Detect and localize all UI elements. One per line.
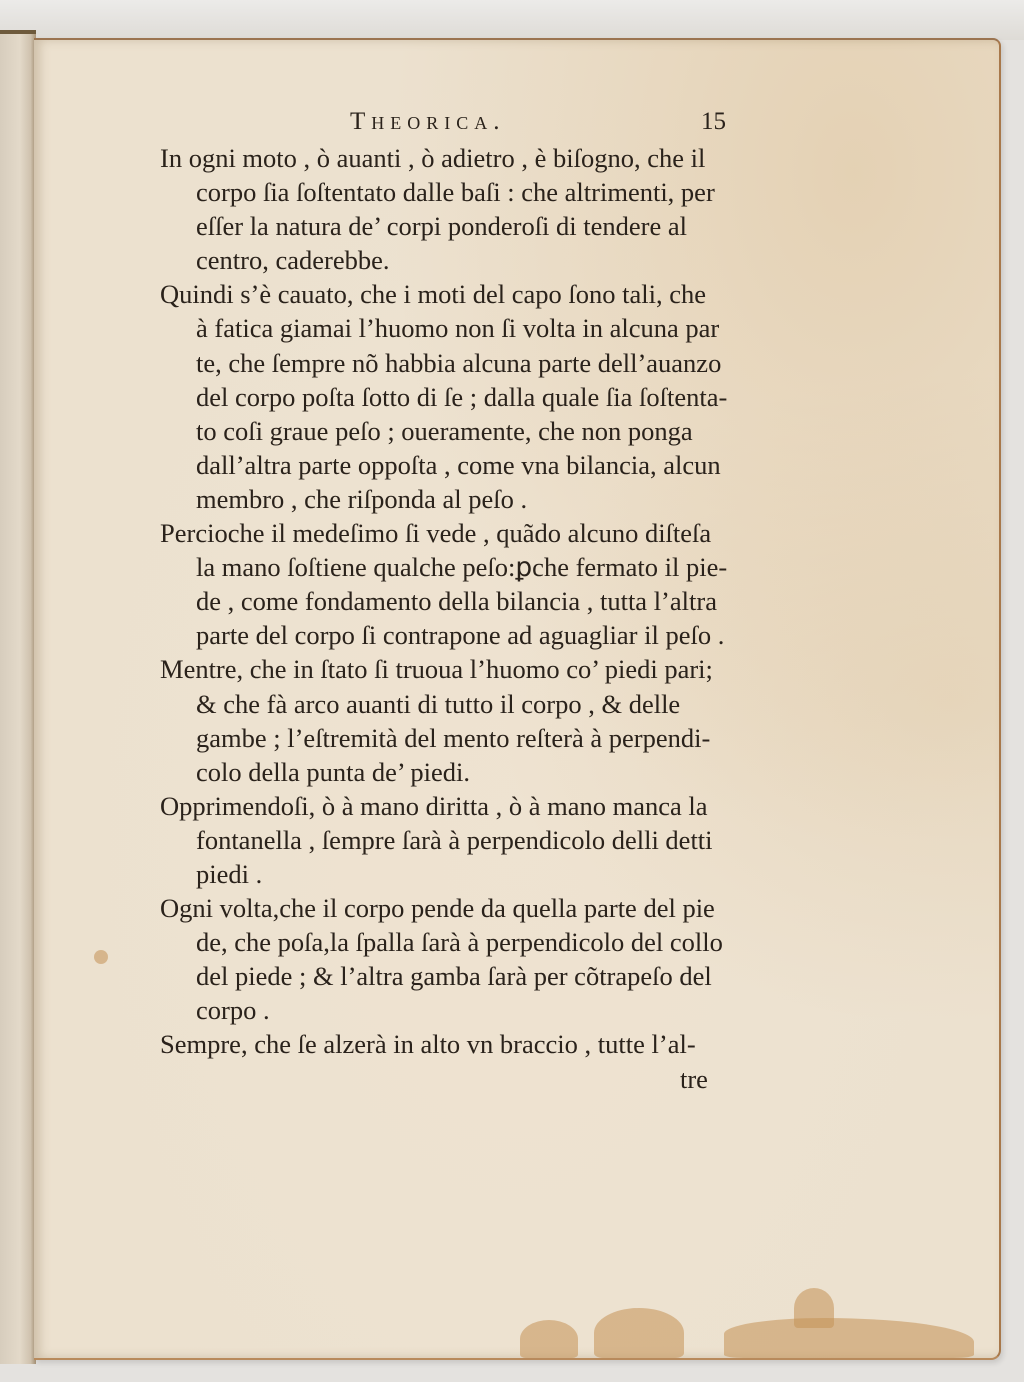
text-line: corpo .: [160, 993, 780, 1027]
text-line: la mano ſoſtiene qualche peſo:ꝑche ferma…: [160, 550, 780, 584]
text-line: dall’altra parte oppoſta , come vna bila…: [160, 448, 780, 482]
running-title: Theorica.: [350, 108, 506, 136]
catchword: tre: [160, 1062, 780, 1096]
paragraph: Opprimendoſi, ò à mano diritta , ò à man…: [160, 789, 780, 891]
text-line: fontanella , ſempre ſarà à perpendicolo …: [160, 823, 780, 857]
text-line: parte del corpo ſi contrapone ad aguagli…: [160, 618, 780, 652]
text-line: Ogni volta,che il corpo pende da quella …: [160, 891, 780, 925]
paragraph: In ogni moto , ò auanti , ò adietro , è …: [160, 141, 780, 277]
text-line: Mentre, che in ſtato ſi truoua l’huomo c…: [160, 652, 780, 686]
text-line: In ogni moto , ò auanti , ò adietro , è …: [160, 141, 780, 175]
text-line: de , come fondamento della bilancia , tu…: [160, 584, 780, 618]
book-spine-edge: [0, 30, 36, 1364]
text-line: piedi .: [160, 857, 780, 891]
text-line: & che fà arco auanti di tutto il corpo ,…: [160, 687, 780, 721]
text-line: membro , che riſponda al peſo .: [160, 482, 780, 516]
running-head: Theorica. 15: [350, 108, 740, 142]
paragraph: Percioche il medeſimo ſi vede , quãdo al…: [160, 516, 780, 652]
page-number: 15: [701, 108, 726, 136]
text-line: Opprimendoſi, ò à mano diritta , ò à man…: [160, 789, 780, 823]
text-line: del corpo poſta ſotto di ſe ; dalla qual…: [160, 380, 780, 414]
text-line: del piede ; & l’altra gamba ſarà per cõt…: [160, 959, 780, 993]
text-line: Percioche il medeſimo ſi vede , quãdo al…: [160, 516, 780, 550]
text-line: corpo ſia ſoſtentato dalle baſi : che al…: [160, 175, 780, 209]
water-stain: [594, 1308, 684, 1358]
paragraph: Quindi s’è cauato, che i moti del capo ſ…: [160, 277, 780, 516]
water-stain: [520, 1320, 578, 1358]
text-line: centro, caderebbe.: [160, 243, 780, 277]
water-stain: [794, 1288, 834, 1328]
text-line: te, che ſempre nõ habbia alcuna parte de…: [160, 346, 780, 380]
text-line: to coſi graue peſo ; oueramente, che non…: [160, 414, 780, 448]
text-line: Sempre, che ſe alzerà in alto vn braccio…: [160, 1027, 780, 1061]
text-line: gambe ; l’eſtremità del mento reſterà à …: [160, 721, 780, 755]
background: [0, 0, 1024, 40]
text-line: colo della punta de’ piedi.: [160, 755, 780, 789]
foxing-spot: [94, 950, 108, 964]
text-line: à fatica giamai l’huomo non ſi volta in …: [160, 311, 780, 345]
paragraph: Sempre, che ſe alzerà in alto vn braccio…: [160, 1027, 780, 1061]
body-text: In ogni moto , ò auanti , ò adietro , è …: [160, 141, 780, 1096]
text-line: Quindi s’è cauato, che i moti del capo ſ…: [160, 277, 780, 311]
paragraph: Ogni volta,che il corpo pende da quella …: [160, 891, 780, 1027]
text-line: de, che poſa,la ſpalla ſarà à perpendico…: [160, 925, 780, 959]
water-stain: [724, 1318, 974, 1358]
text-line: eſſer la natura de’ corpi ponderoſi di t…: [160, 209, 780, 243]
paragraph: Mentre, che in ſtato ſi truoua l’huomo c…: [160, 652, 780, 788]
